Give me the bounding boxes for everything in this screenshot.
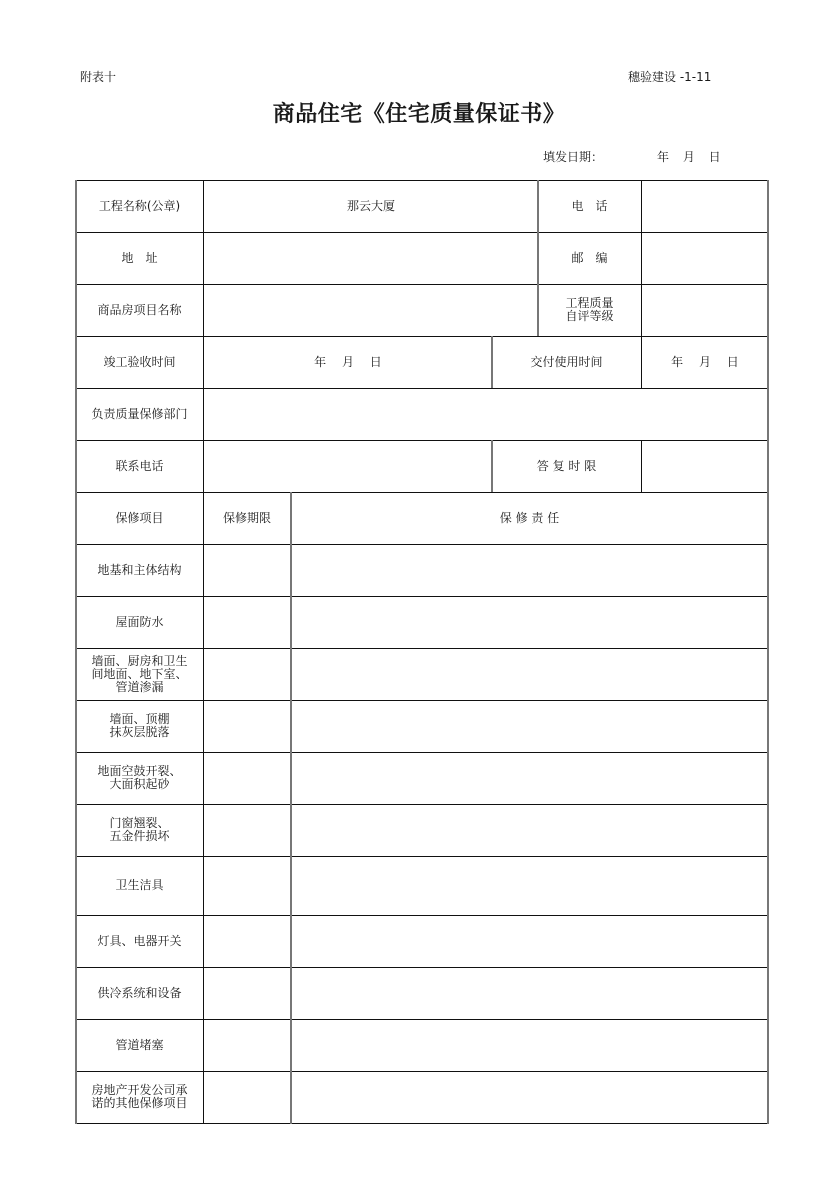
- warranty-item-label: 地面空鼓开裂、 大面积起砂: [76, 752, 203, 804]
- address-field[interactable]: [204, 232, 538, 284]
- warranty-period-field[interactable]: [204, 596, 290, 648]
- warranty-period-field[interactable]: [204, 1019, 290, 1071]
- warranty-responsibility-field[interactable]: [291, 856, 768, 915]
- warranty-period-field[interactable]: [204, 544, 290, 596]
- warranty-period-field[interactable]: [204, 967, 290, 1019]
- delivery-date-field[interactable]: 年 月 日: [642, 336, 768, 388]
- warranty-period-field[interactable]: [204, 648, 290, 700]
- warranty-item-label: 墙面、厨房和卫生 间地面、地下室、 管道渗漏: [76, 648, 203, 700]
- contact-phone-field[interactable]: [204, 440, 492, 492]
- postcode-field[interactable]: [642, 232, 768, 284]
- warranty-item-label: 管道堵塞: [76, 1019, 203, 1071]
- reply-limit-label: 答 复 时 限: [492, 440, 641, 492]
- warranty-responsibility-field[interactable]: [291, 804, 768, 856]
- warranty-item-label: 门窗翘裂、 五金件损坏: [76, 804, 203, 856]
- housing-project-label: 商品房项目名称: [76, 284, 203, 336]
- phone-field[interactable]: [642, 180, 768, 232]
- warranty-responsibility-field[interactable]: [291, 915, 768, 967]
- warranty-item-label: 供冷系统和设备: [76, 967, 203, 1019]
- warranty-period-field[interactable]: [204, 856, 290, 915]
- reply-limit-field[interactable]: [642, 440, 768, 492]
- col-header-period: 保修期限: [204, 492, 290, 544]
- warranty-item-label: 墙面、顶棚 抹灰层脱落: [76, 700, 203, 752]
- completion-date-field[interactable]: 年 月 日: [204, 336, 492, 388]
- col-header-responsibility: 保 修 责 任: [291, 492, 768, 544]
- warranty-responsibility-field[interactable]: [291, 596, 768, 648]
- warranty-item-label: 房地产开发公司承 诺的其他保修项目: [76, 1071, 203, 1123]
- warranty-responsibility-field[interactable]: [291, 1071, 768, 1123]
- warranty-period-field[interactable]: [204, 915, 290, 967]
- housing-project-field[interactable]: [204, 284, 538, 336]
- project-name-label: 工程名称(公章): [76, 180, 203, 232]
- project-name-field[interactable]: 那云大厦: [204, 180, 538, 232]
- quality-grade-field[interactable]: [642, 284, 768, 336]
- postcode-label: 邮 编: [538, 232, 641, 284]
- warranty-period-field[interactable]: [204, 1071, 290, 1123]
- warranty-period-field[interactable]: [204, 752, 290, 804]
- completion-date-label: 竣工验收时间: [76, 336, 203, 388]
- warranty-dept-field[interactable]: [204, 388, 768, 440]
- warranty-item-label: 屋面防水: [76, 596, 203, 648]
- address-label: 地 址: [76, 232, 203, 284]
- phone-label: 电 话: [538, 180, 641, 232]
- warranty-item-label: 地基和主体结构: [76, 544, 203, 596]
- warranty-dept-label: 负责质量保修部门: [76, 388, 203, 440]
- warranty-responsibility-field[interactable]: [291, 1019, 768, 1071]
- quality-grade-label: 工程质量 自评等级: [538, 284, 641, 336]
- col-header-item: 保修项目: [76, 492, 203, 544]
- delivery-date-label: 交付使用时间: [492, 336, 641, 388]
- warranty-responsibility-field[interactable]: [291, 752, 768, 804]
- warranty-item-label: 灯具、电器开关: [76, 915, 203, 967]
- warranty-responsibility-field[interactable]: [291, 544, 768, 596]
- warranty-period-field[interactable]: [204, 700, 290, 752]
- warranty-form-table: 工程名称(公章) 那云大厦 电 话 地 址 邮 编 商品房项目名称 工程质量 自…: [0, 0, 838, 1186]
- warranty-item-label: 卫生洁具: [76, 856, 203, 915]
- contact-phone-label: 联系电话: [76, 440, 203, 492]
- warranty-responsibility-field[interactable]: [291, 700, 768, 752]
- warranty-responsibility-field[interactable]: [291, 967, 768, 1019]
- warranty-responsibility-field[interactable]: [291, 648, 768, 700]
- warranty-period-field[interactable]: [204, 804, 290, 856]
